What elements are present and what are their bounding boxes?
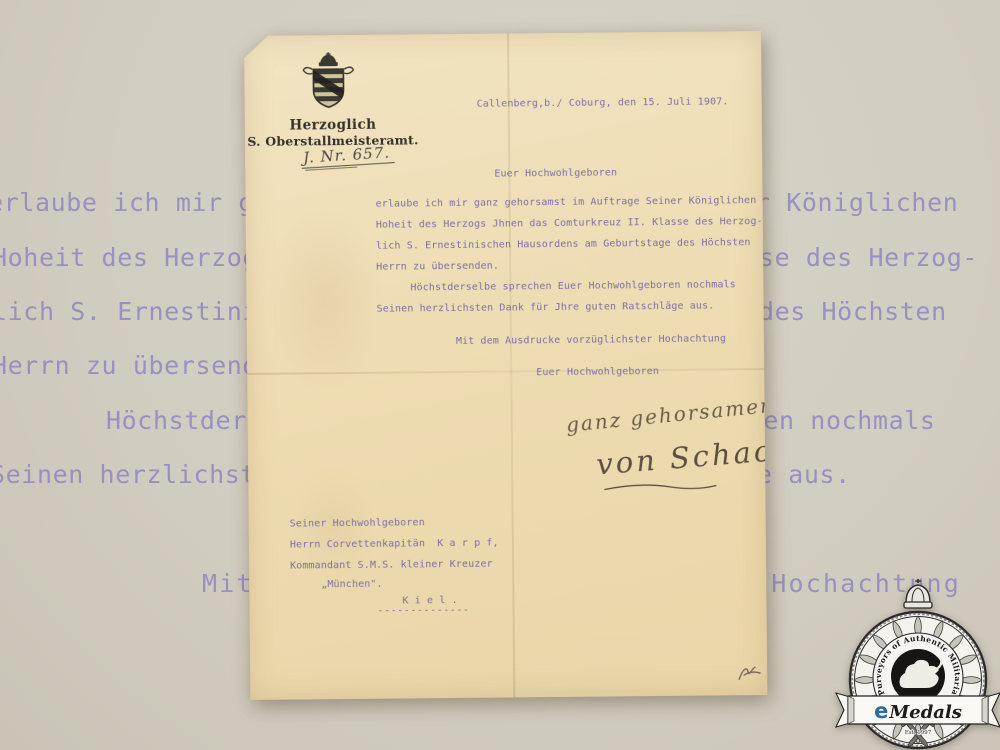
recipient-line: „München". <box>321 580 383 591</box>
letter-photo: Herzoglich S. Oberstallmeisteramt. J. Nr… <box>244 31 767 700</box>
brand-ribbon: eMedals <box>836 693 1000 727</box>
emedals-watermark-badge: Purveyors of Authentic Militaria eMedals… <box>834 577 1000 750</box>
body-line: Herrn zu übersenden. <box>376 262 499 274</box>
ducal-coat-of-arms <box>298 51 359 116</box>
badge-crown-icon <box>904 579 932 608</box>
handwritten-journal-number: J. Nr. 657. <box>301 143 395 169</box>
salutation: Euer Hochwohlgeboren <box>494 168 617 180</box>
signature-flourish <box>600 479 720 494</box>
letter-paper: Herzoglich S. Oberstallmeisteramt. J. Nr… <box>244 31 767 700</box>
closing-formula: Euer Hochwohlgeboren <box>536 367 659 379</box>
established-text: Est. 1997 <box>905 730 932 736</box>
closing-formula: Mit dem Ausdrucke vorzüglichster Hochach… <box>456 334 726 347</box>
brand-wordmark: eMedals <box>874 699 962 723</box>
dateline: Callenberg,b./ Coburg, den 15. Juli 1907… <box>477 97 729 110</box>
pencil-initial-mark <box>736 661 764 685</box>
body-line: erlaube ich mir ganz gehorsamst im Auftr… <box>376 196 757 210</box>
letterhead-authority-line: Herzoglich <box>247 116 419 134</box>
handwritten-courtesy-phrase: ganz gehorsamer <box>565 393 773 437</box>
recipient-line: Seiner Hochwohlgeboren <box>290 518 425 530</box>
body-line: Seinen herzlichsten Dank für Jhre guten … <box>377 301 715 315</box>
paper-stain <box>264 205 386 396</box>
recipient-line: Kommandant S.M.S. kleiner Kreuzer <box>290 560 493 572</box>
vertical-fold-line <box>507 33 515 697</box>
photo-of-letter: erlaube ich mir ganz gehorsamst im Auftr… <box>0 0 1000 750</box>
body-line: Hoheit des Herzogs Jhnen das Comturkreuz… <box>376 217 763 231</box>
recipient-line: Herrn Corvettenkapitän K a r p f, <box>290 539 499 552</box>
body-line: Höchstderselbe sprechen Euer Hochwohlgeb… <box>410 280 736 294</box>
body-line: lich S. Ernestinischen Hausordens am Geb… <box>376 238 751 252</box>
typed-underline: -------------- <box>377 606 469 617</box>
handwritten-signature: von Schack <box>595 432 795 482</box>
